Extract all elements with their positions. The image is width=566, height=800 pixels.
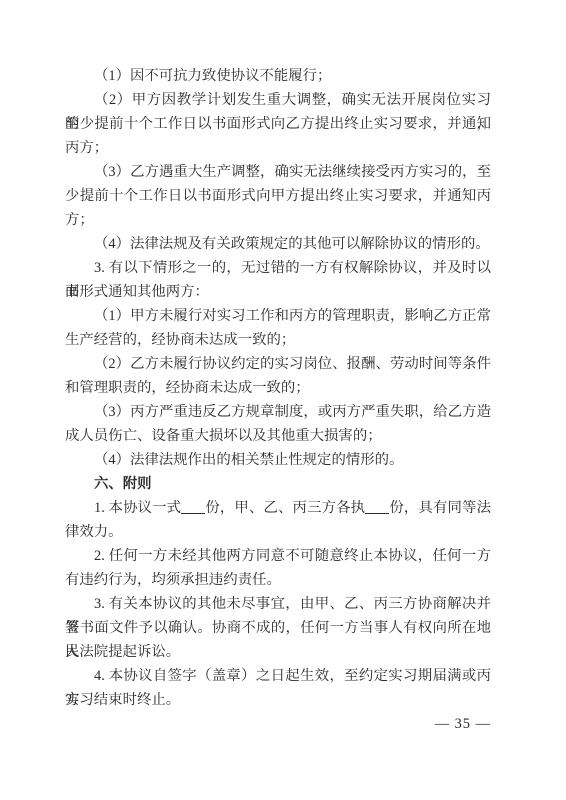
- document-line: （1）因不可抗力致使协议不能履行；: [65, 64, 491, 88]
- document-line: 丙方；: [65, 136, 491, 160]
- document-line: 和管理职责的，经协商未达成一致的；: [65, 376, 491, 400]
- document-line: 面形式通知其他两方：: [65, 280, 491, 304]
- document-line: 少提前十个工作日以书面形式向甲方提出终止实习要求，并通知丙: [65, 184, 491, 208]
- document-line: 实习结束时终止。: [65, 688, 491, 712]
- text-segment: 份，甲、乙、丙三方各执: [205, 500, 365, 516]
- blank-underline: [365, 499, 389, 514]
- document-text: （1）因不可抗力致使协议不能履行；（2）甲方因教学计划发生重大调整，确实无法开展…: [65, 64, 491, 712]
- text-segment: 1. 本协议一式: [94, 500, 181, 516]
- document-line: （1）甲方未履行对实习工作和丙方的管理职责，影响乙方正常: [65, 304, 491, 328]
- document-line: 方；: [65, 208, 491, 232]
- document-line: （4）法律法规作出的相关禁止性规定的情形的。: [65, 448, 491, 472]
- document-line: 律效力。: [65, 520, 491, 544]
- document-line: 1. 本协议一式份，甲、乙、丙三方各执份，具有同等法: [65, 496, 491, 520]
- page-number: — 35 —: [65, 714, 491, 734]
- document-page: （1）因不可抗力致使协议不能履行；（2）甲方因教学计划发生重大调整，确实无法开展…: [0, 0, 566, 800]
- document-line: 民法院提起诉讼。: [65, 640, 491, 664]
- document-line: 有违约行为，均须承担违约责任。: [65, 568, 491, 592]
- document-line: 4. 本协议自签字（盖章）之日起生效，至约定实习期届满或丙方: [65, 664, 491, 688]
- document-line: 3. 有以下情形之一的，无过错的一方有权解除协议，并及时以书: [65, 256, 491, 280]
- text-segment: 份，具有同等法: [389, 500, 491, 516]
- blank-underline: [181, 499, 205, 514]
- document-line: 生产经营的，经协商未达成一致的；: [65, 328, 491, 352]
- document-line: （3）乙方遇重大生产调整，确实无法继续接受丙方实习的，至: [65, 160, 491, 184]
- document-line: 至少提前十个工作日以书面形式向乙方提出终止实习要求，并通知: [65, 112, 491, 136]
- document-line: （2）乙方未履行协议约定的实习岗位、报酬、劳动时间等条件: [65, 352, 491, 376]
- document-line: 2. 任何一方未经其他两方同意不可随意终止本协议，任何一方: [65, 544, 491, 568]
- document-line: 署书面文件予以确认。协商不成的，任何一方当事人有权向所在地人: [65, 616, 491, 640]
- document-line: （4）法律法规及有关政策规定的其他可以解除协议的情形的。: [65, 232, 491, 256]
- document-line: 成人员伤亡、设备重大损坏以及其他重大损害的；: [65, 424, 491, 448]
- document-line: 3. 有关本协议的其他未尽事宜，由甲、乙、丙三方协商解决并签: [65, 592, 491, 616]
- document-line: （3）丙方严重违反乙方规章制度，或丙方严重失职，给乙方造: [65, 400, 491, 424]
- document-line: （2）甲方因教学计划发生重大调整，确实无法开展岗位实习的，: [65, 88, 491, 112]
- section-heading: 六、附则: [65, 472, 491, 496]
